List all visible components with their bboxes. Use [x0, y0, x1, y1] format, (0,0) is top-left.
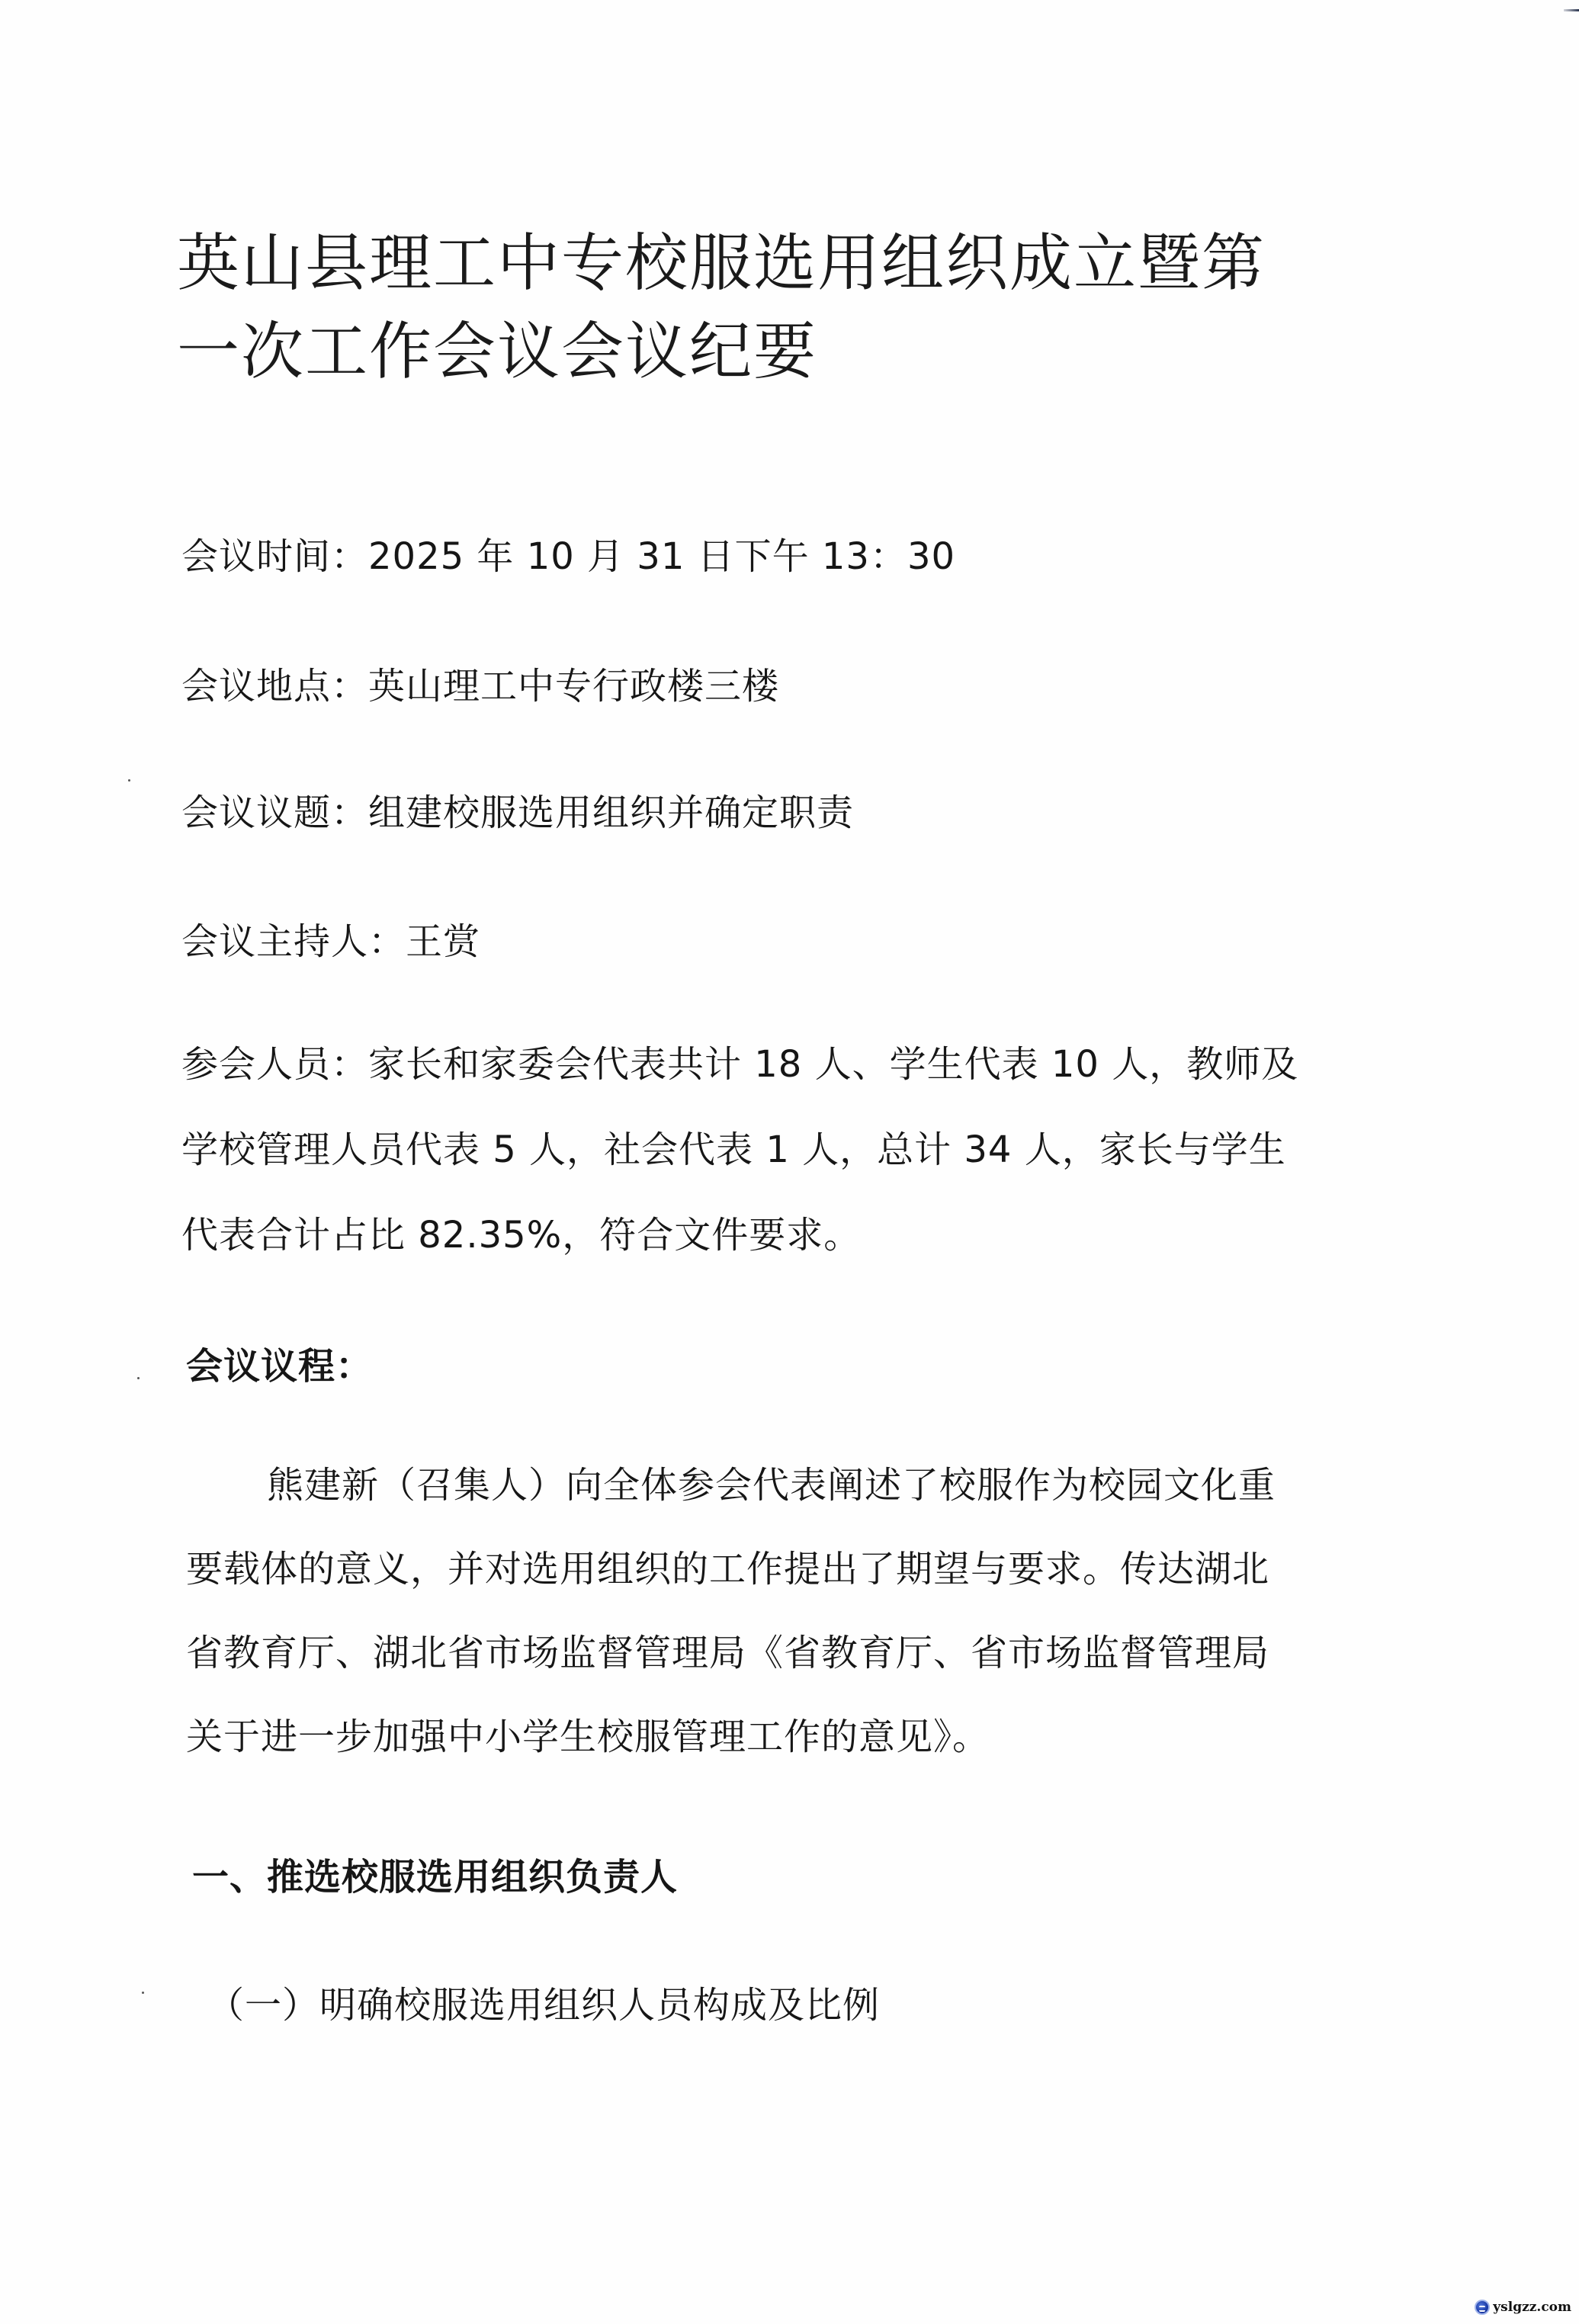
- site-watermark: yslgzz.com: [1475, 2300, 1571, 2315]
- meeting-place-label: 会议地点：: [181, 665, 368, 708]
- watermark-text: yslgzz.com: [1493, 2300, 1571, 2315]
- meeting-topic: 会议议题：组建校服选用组织并确定职责: [181, 790, 854, 836]
- agenda-heading: 会议议程：: [186, 1343, 373, 1389]
- agenda-paragraph-line-3: 省教育厅、湖北省市场监督管理局《省教育厅、省市场监督管理局: [186, 1630, 1269, 1676]
- title-line-2: 一次工作会议会议纪要: [177, 316, 817, 388]
- meeting-host: 会议主持人：王赏: [181, 919, 480, 965]
- section-1-heading: 一、推选校服选用组织负责人: [192, 1854, 678, 1900]
- attendees-line-3: 代表合计占比 82.35%，符合文件要求。: [181, 1212, 861, 1258]
- agenda-paragraph-line-1: 熊建新（召集人）向全体参会代表阐述了校服作为校园文化重: [267, 1462, 1276, 1508]
- meeting-time: 会议时间：2025 年 10 月 31 日下午 13：30: [181, 534, 955, 579]
- document-page: 英山县理工中专校服选用组织成立暨第 一次工作会议会议纪要 会议时间：2025 年…: [0, 0, 1579, 2324]
- meeting-time-label: 会议时间：: [181, 535, 368, 578]
- scan-artifact: [1564, 9, 1579, 11]
- attendees-line-2: 学校管理人员代表 5 人，社会代表 1 人，总计 34 人，家长与学生: [181, 1127, 1286, 1173]
- agenda-paragraph-line-4: 关于进一步加强中小学生校服管理工作的意见》。: [186, 1714, 990, 1760]
- meeting-place-value: 英山理工中专行政楼三楼: [368, 665, 779, 708]
- scan-speck: [137, 1377, 140, 1379]
- attendees-line-1: 参会人员：家长和家委会代表共计 18 人、学生代表 10 人，教师及: [181, 1042, 1298, 1087]
- meeting-topic-label: 会议议题：: [181, 791, 368, 834]
- title-line-1: 英山县理工中专校服选用组织成立暨第: [177, 227, 1266, 300]
- subsection-1-heading: （一）明确校服选用组织人员构成及比例: [207, 1982, 880, 2028]
- meeting-topic-value: 组建校服选用组织并确定职责: [368, 791, 854, 834]
- meeting-place: 会议地点：英山理工中专行政楼三楼: [181, 663, 779, 709]
- scan-speck: [142, 1992, 144, 1994]
- scan-speck: [128, 779, 130, 782]
- meeting-time-value: 2025 年 10 月 31 日下午 13：30: [368, 535, 955, 578]
- agenda-paragraph-line-2: 要载体的意义，并对选用组织的工作提出了期望与要求。传达湖北: [186, 1546, 1269, 1592]
- site-logo-icon: [1475, 2300, 1490, 2315]
- meeting-host-label: 会议主持人：: [181, 920, 406, 963]
- document-title: 英山县理工中专校服选用组织成立暨第 一次工作会议会议纪要: [177, 220, 1351, 396]
- meeting-host-value: 王赏: [406, 920, 480, 963]
